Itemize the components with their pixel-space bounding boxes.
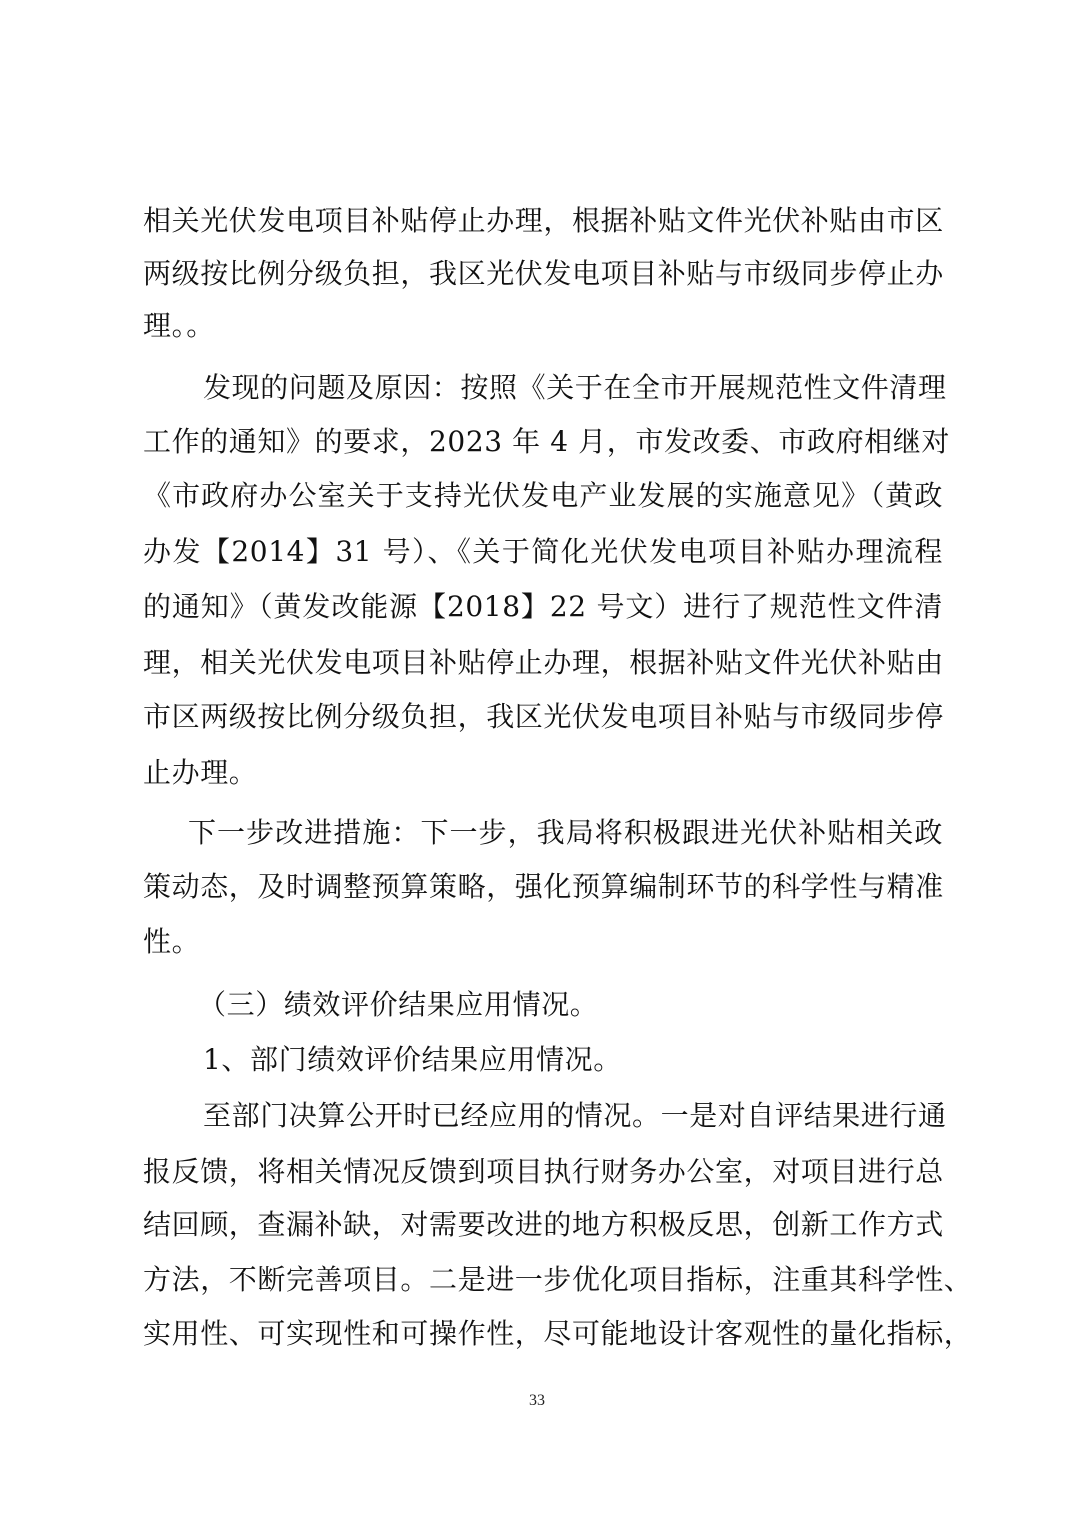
body-line: 理，相关光伏发电项目补贴停止办理，根据补贴文件光伏补贴由: [143, 643, 943, 683]
body-line: 理。。: [143, 306, 943, 346]
body-line: 方法，不断完善项目。二是进一步优化项目指标，注重其科学性、: [143, 1260, 943, 1300]
body-line: 止办理。: [143, 753, 943, 793]
page-number: 33: [0, 1392, 1074, 1410]
document-page: 相关光伏发电项目补贴停止办理，根据补贴文件光伏补贴由市区 两级按比例分级负担，我…: [0, 0, 1074, 1520]
body-line: 两级按比例分级负担，我区光伏发电项目补贴与市级同步停止办: [143, 254, 943, 294]
body-line: 《市政府办公室关于支持光伏发电产业发展的实施意见》（黄政: [143, 476, 943, 516]
subsection-heading: 1、部门绩效评价结果应用情况。: [203, 1040, 943, 1080]
body-line: 性。: [143, 922, 943, 962]
section-heading: （三）绩效评价结果应用情况。: [198, 985, 943, 1025]
body-line: 报反馈，将相关情况反馈到项目执行财务办公室，对项目进行总: [143, 1152, 943, 1192]
body-line: 实用性、可实现性和可操作性，尽可能地设计客观性的量化指标，: [143, 1314, 943, 1354]
paragraph-improvement-measures: 下一步改进措施：下一步，我局将积极跟进光伏补贴相关政: [188, 813, 943, 853]
body-line: 工作的通知》的要求，2023 年 4 月，市发改委、市政府相继对: [143, 422, 943, 462]
body-line: 策动态，及时调整预算策略，强化预算编制环节的科学性与精准: [143, 867, 943, 907]
paragraph-problems-causes: 发现的问题及原因：按照《关于在全市开展规范性文件清理: [203, 368, 943, 408]
body-line: 办发【2014】31 号）、《关于简化光伏发电项目补贴办理流程: [143, 532, 943, 572]
paragraph-results-application: 至部门决算公开时已经应用的情况。一是对自评结果进行通: [203, 1096, 943, 1136]
body-line: 结回顾，查漏补缺，对需要改进的地方积极反思，创新工作方式: [143, 1205, 943, 1245]
body-line: 相关光伏发电项目补贴停止办理，根据补贴文件光伏补贴由市区: [143, 201, 943, 241]
body-line: 的通知》（黄发改能源【2018】22 号文）进行了规范性文件清: [143, 587, 943, 627]
body-line: 市区两级按比例分级负担，我区光伏发电项目补贴与市级同步停: [143, 697, 943, 737]
